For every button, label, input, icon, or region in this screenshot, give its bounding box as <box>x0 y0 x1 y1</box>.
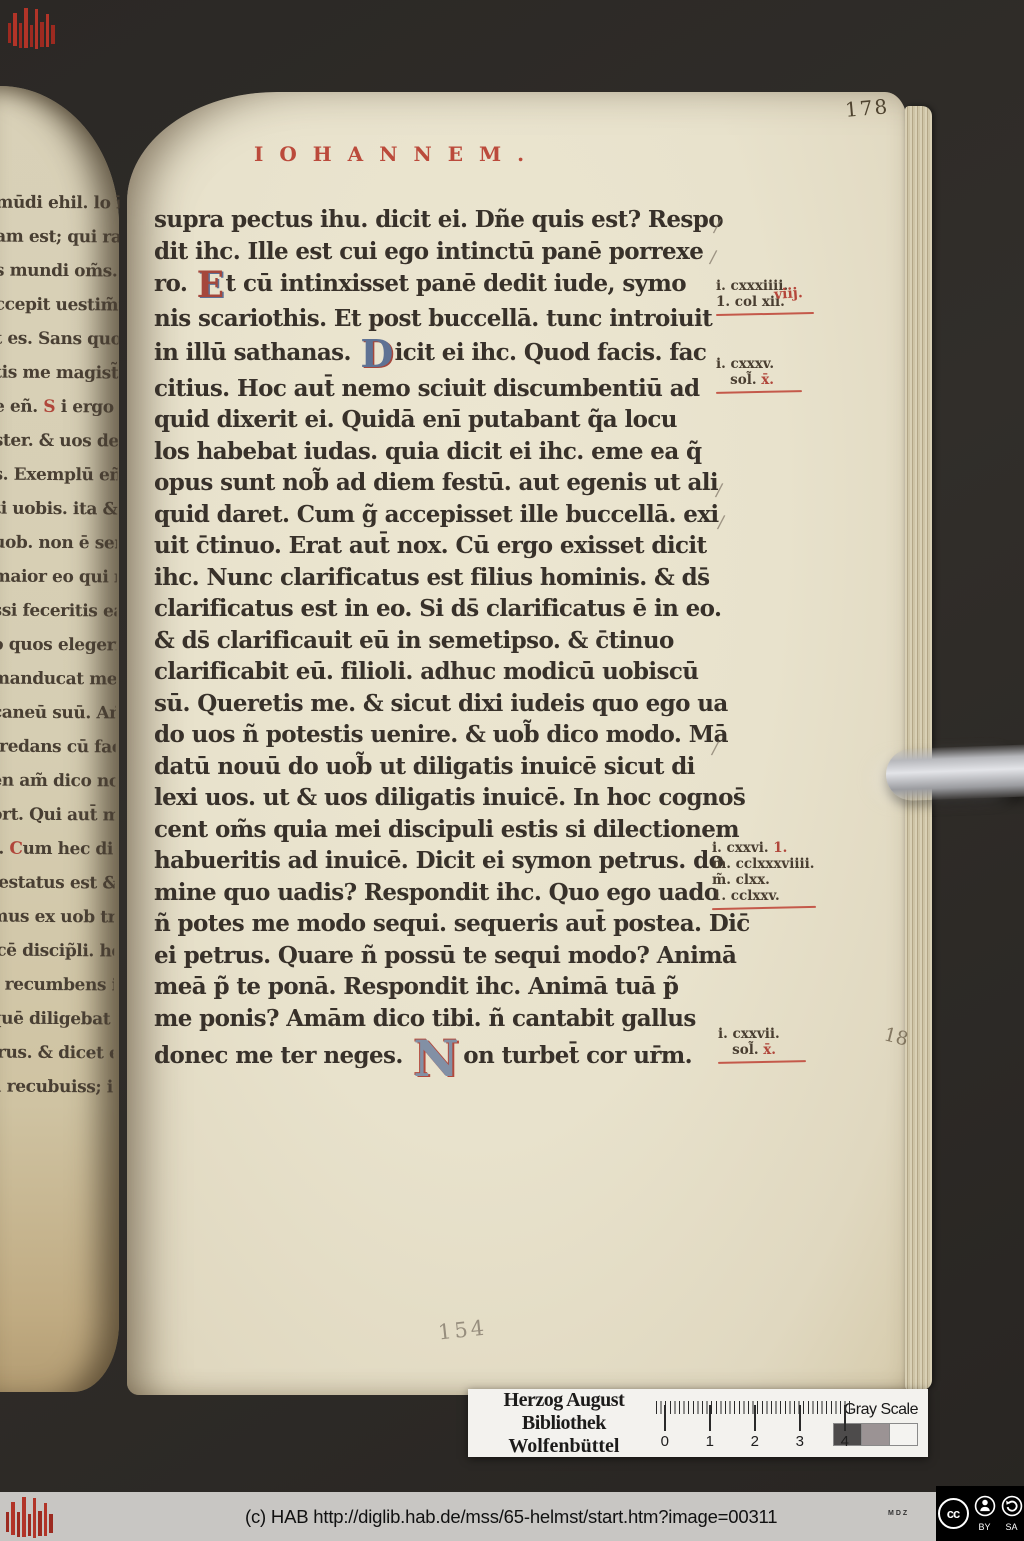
sa-arrow-icon <box>1001 1495 1023 1522</box>
by-label: BY <box>978 1523 990 1532</box>
manuscript-line: donec me ter neges. Non turbet̄ cor ur̄m… <box>154 1034 738 1084</box>
manuscript-line: icē discip̃li. heln <box>0 934 114 969</box>
manuscript-line: quē diligebat <box>0 1002 114 1037</box>
manuscript-line: uob. non ē seru <box>0 526 117 561</box>
pencil-page-number: 154 <box>437 1315 488 1344</box>
by-person-icon <box>974 1495 996 1522</box>
folio-number: 178 <box>844 94 890 122</box>
page-holder-strap <box>885 745 1024 802</box>
institution-name: Herzog August Bibliothek Wolfenbüttel <box>478 1389 650 1458</box>
manuscript-line: clarificabit eū. filioli. adhuc modicū u… <box>154 656 738 688</box>
manuscript-line: caneū suū. Am̃ <box>0 696 116 731</box>
institution-line2: Wolfenbüttel <box>478 1435 650 1458</box>
left-page-text: mūdi ehil. lo īam est; qui rads mundi om… <box>0 186 120 1197</box>
manuscript-line: los habebat iudas. quia dicit ei ihc. em… <box>154 436 738 468</box>
left-page: mūdi ehil. lo īam est; qui rads mundi om… <box>0 86 119 1392</box>
manuscript-line: t. Cum hec di <box>0 832 115 867</box>
manuscript-line: lexi uos. ut & uos diligatis inuicē. In … <box>154 782 738 814</box>
hab-logo <box>8 2 55 54</box>
copyright-text: (c) HAB http://diglib.hab.de/mss/65-helm… <box>245 1492 777 1541</box>
manuscript-line: ster. & uos deb <box>0 424 118 459</box>
manuscript-line: s. Exemplū eñ d <box>0 458 118 493</box>
running-title: IOHANNEM. <box>254 142 540 166</box>
manuscript-line: citius. Hoc aut̄ nemo sciuit discumbenti… <box>154 373 738 405</box>
manuscript-line: quid dixerit ei. Quidā enī putabant q̃a … <box>154 404 738 436</box>
scale-card: Herzog August Bibliothek Wolfenbüttel 01… <box>468 1389 928 1457</box>
grayscale-swatch <box>862 1423 890 1446</box>
manuscript-line: t es. Sans quo h <box>0 322 119 357</box>
manuscript-line: s mundi om̃s. ł <box>0 254 119 289</box>
manuscript-line: ū recubuiss; ill <box>0 1070 113 1105</box>
margin-note: i. cxxvi. 1.m̃. cclxxxviiii.m̃. clxx.1. … <box>712 840 816 909</box>
margin-note: i. cxxxiiii.1. col xii.viij. <box>716 278 814 315</box>
manuscript-line: ort. Qui aut̄ me <box>0 798 115 833</box>
manuscript-line: e eñ. S i ergo eg <box>0 390 118 425</box>
digitizer-mark: MDZ <box>888 1510 909 1517</box>
manuscript-line: datū nouū do uob̃ ut diligatis inuicē si… <box>154 751 738 783</box>
manuscript-line: clarificatus est in eo. Si ds̄ clarifica… <box>154 593 738 625</box>
manuscript-line: dit ihc. Ille est cui ego intinctū panē … <box>154 236 738 268</box>
manuscript-line: mus ex uob trad <box>0 900 115 935</box>
bottom-bar: (c) HAB http://diglib.hab.de/mss/65-helm… <box>0 1492 936 1541</box>
manuscript-line: am est; qui rad <box>0 220 119 255</box>
sa-label: SA <box>1005 1523 1017 1532</box>
manuscript-line: ñ potes me modo sequi. sequeris aut̄ pos… <box>154 908 738 940</box>
institution-line1: Herzog August Bibliothek <box>478 1389 650 1435</box>
manuscript-line: nis scariothis. Et post buccellā. tunc i… <box>154 303 738 335</box>
manuscript-line: s recumbens in <box>0 968 114 1003</box>
manuscript-line: ssi feceritis ea. I <box>0 594 117 629</box>
manuscript-line: manducat me <box>0 662 116 697</box>
manuscript-line: ccepit uestim̃t <box>0 288 119 323</box>
cc-icon: cc <box>938 1498 969 1529</box>
manuscript-line: habueritis ad inuicē. Dicit ei symon pet… <box>154 845 738 877</box>
manuscript-line: en am̃ dico nob <box>0 764 115 799</box>
manuscript-line: tredans cū fact <box>0 730 116 765</box>
hab-logo <box>6 1495 53 1539</box>
manuscript-line: ti uobis. ita & u <box>0 492 117 527</box>
manuscript-line: ro. Et cū intinxisset panē dedit iude, s… <box>154 267 738 303</box>
cm-ruler: 01234 <box>656 1397 833 1449</box>
manuscript-line: sū. Queretis me. & sicut dixi iudeis quo… <box>154 688 738 720</box>
manuscript-viewer: mūdi ehil. lo īam est; qui rads mundi om… <box>0 0 1024 1541</box>
manuscript-line: o quos elegerim <box>0 628 116 663</box>
manuscript-line: mine quo uadis? Respondit ihc. Quo ego u… <box>154 877 738 909</box>
manuscript-line: supra pectus ihu. dicit ei. Dñe quis est… <box>154 204 738 236</box>
manuscript-line: quid daret. Cum g̃ accepisset ille bucce… <box>154 499 738 531</box>
manuscript-line: trus. & dicet e <box>0 1036 114 1071</box>
grayscale-swatch <box>890 1423 918 1446</box>
manuscript-line: ihc. Nunc clarificatus est filius homini… <box>154 562 738 594</box>
manuscript-line: & ds̄ clarificauit eū in semetipso. & c̄… <box>154 625 738 657</box>
cc-license-box: cc BY SA <box>936 1486 1024 1541</box>
manuscript-line: tis me magist̃r <box>0 356 118 391</box>
margin-note: i. cxxxv. sol̃. x̄. <box>716 356 802 393</box>
manuscript-line: uit c̄tinuo. Erat aut̄ nox. Cū ergo exis… <box>154 530 738 562</box>
margin-note: i. cxxvii. sol̃. x̄. <box>718 1026 806 1063</box>
manuscript-line: ei petrus. Quare ñ possū te sequi modo? … <box>154 940 738 972</box>
manuscript-line: cent om̃s quia mei discipuli estis si di… <box>154 814 738 846</box>
manuscript-line: meā p̃ te ponā. Respondit ihc. Animā tuā… <box>154 971 738 1003</box>
manuscript-line: mūdi ehil. lo ī <box>0 186 120 221</box>
manuscript-line: opus sunt nob̃ ad diem festū. aut egenis… <box>154 467 738 499</box>
text-block: supra pectus ihu. dicit ei. Dñe quis est… <box>154 204 738 1084</box>
manuscript-line: in illū sathanas. Dicit ei ihc. Quod fac… <box>154 335 738 373</box>
manuscript-line: do uos ñ potestis uenire. & uob̃ dico mo… <box>154 719 738 751</box>
manuscript-line: maior eo qui ms̄ <box>0 560 117 595</box>
manuscript-line: testatus est & d <box>0 866 115 901</box>
